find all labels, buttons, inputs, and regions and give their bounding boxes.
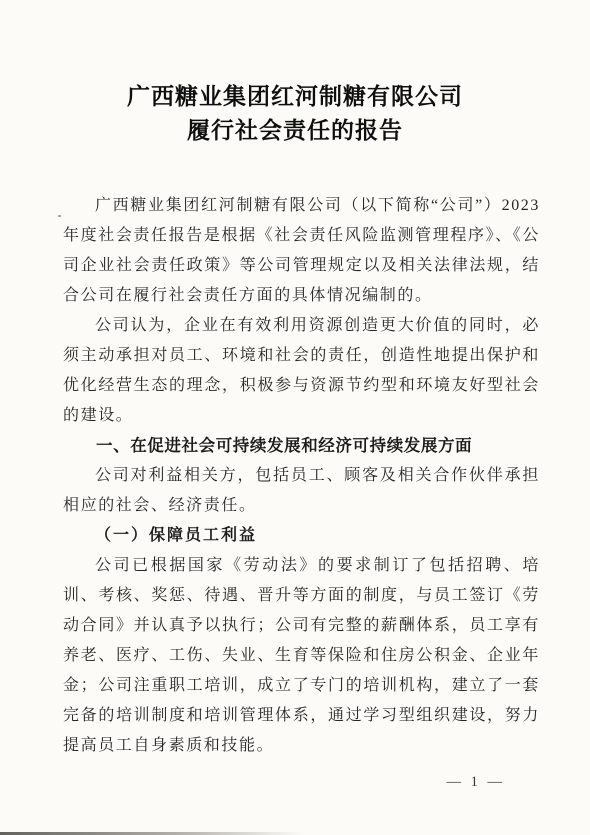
page-number: — 1 — <box>447 774 506 791</box>
section-heading-1: 一、在促进社会可持续发展和经济可持续发展方面 <box>63 431 540 461</box>
paragraph-philosophy: 公司认为，企业在有效利用资源创造更大价值的同时，必须主动承担对员工、环境和社会的… <box>63 311 540 431</box>
paragraph-stakeholders: 公司对利益相关方，包括员工、顾客及相关合作伙伴承担相应的社会、经济责任。 <box>63 461 540 521</box>
document-body: 广西糖业集团红河制糖有限公司（以下简称“公司”）2023年度社会责任报告是根据《… <box>63 191 540 761</box>
document-title-line-1: 广西糖业集团红河制糖有限公司 <box>0 79 590 113</box>
subsection-heading-1: （一）保障员工利益 <box>63 521 540 551</box>
scan-ink-speck <box>58 215 61 217</box>
document-title-line-2: 履行社会责任的报告 <box>0 113 590 147</box>
document-page: 广西糖业集团红河制糖有限公司 履行社会责任的报告 广西糖业集团红河制糖有限公司（… <box>0 0 590 835</box>
paragraph-intro: 广西糖业集团红河制糖有限公司（以下简称“公司”）2023年度社会责任报告是根据《… <box>63 191 540 311</box>
document-title: 广西糖业集团红河制糖有限公司 履行社会责任的报告 <box>0 79 590 147</box>
paragraph-employee-rights: 公司已根据国家《劳动法》的要求制订了包括招聘、培训、考核、奖惩、待遇、晋升等方面… <box>63 551 540 761</box>
